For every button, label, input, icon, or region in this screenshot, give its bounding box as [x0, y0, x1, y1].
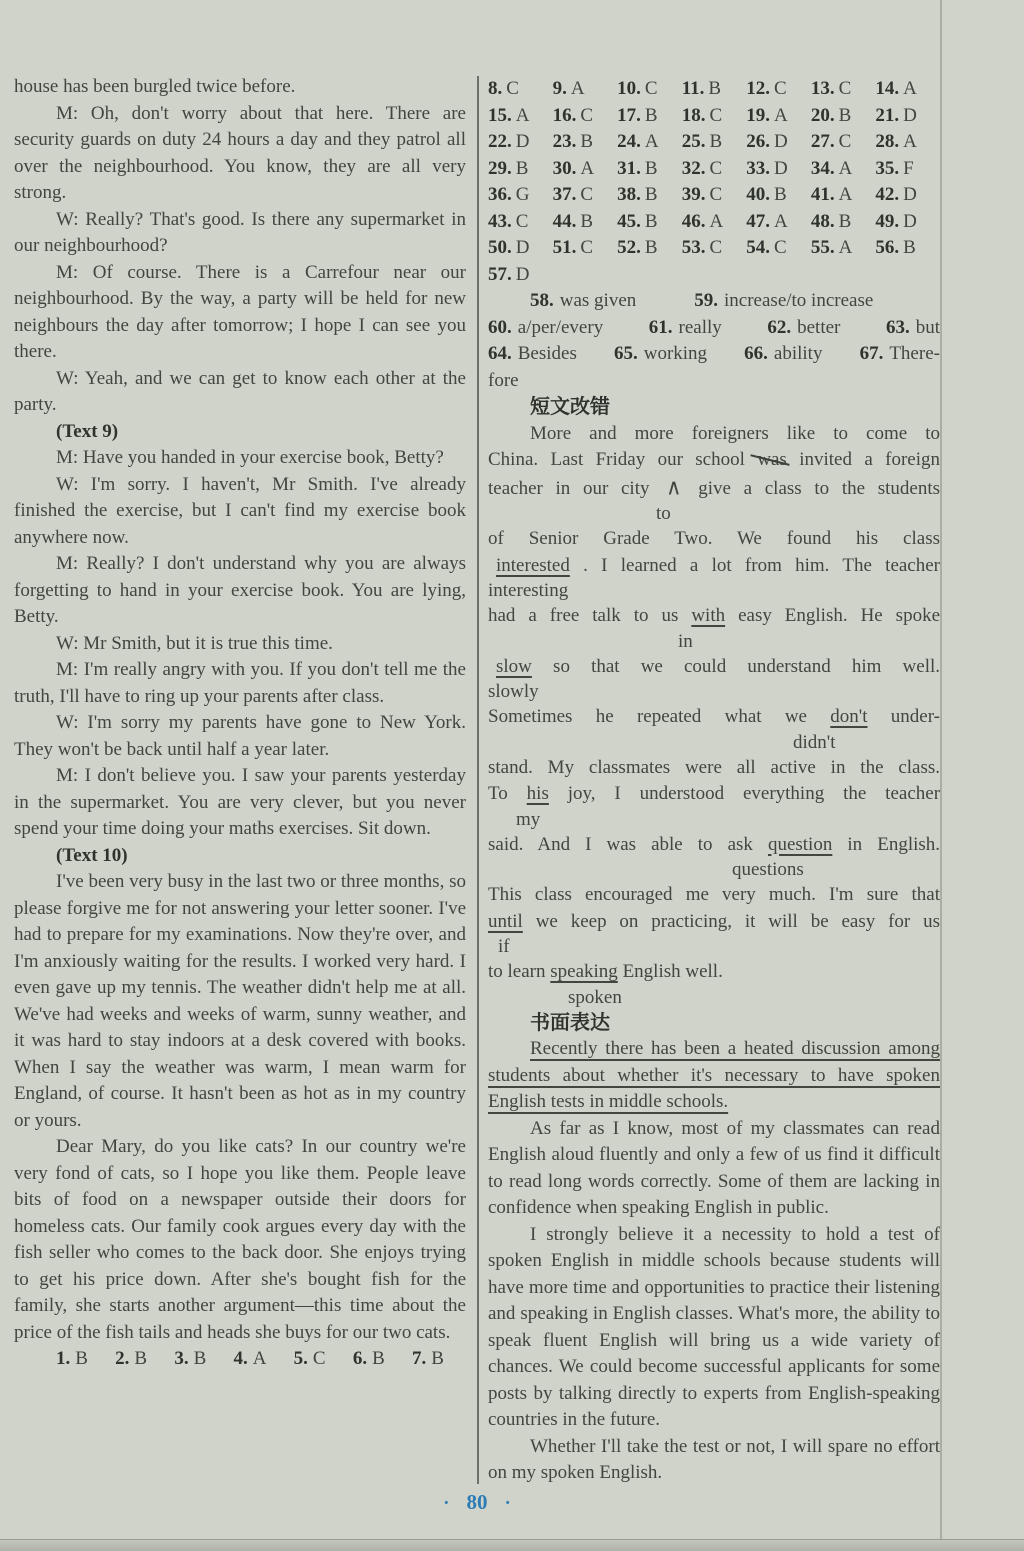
underlined-error-word: interested — [496, 555, 570, 576]
fill-in-answers-row: 58.was given59.increase/to increase — [488, 288, 940, 315]
error-correction-line: teacher in our city ∧ give a class to th… — [488, 474, 940, 503]
answer-cell: 13.C — [811, 76, 876, 103]
underlined-error-word: slow — [496, 656, 532, 677]
error-correction-line: to learn speaking English well. — [488, 959, 940, 986]
answer-cell: 42.D — [875, 182, 940, 209]
underlined-error-word: until — [488, 911, 523, 932]
error-correction-line: This class encouraged me very much. I'm … — [488, 882, 940, 909]
answer-cell: 23.B — [553, 129, 618, 156]
answer-cell: 7.B — [412, 1346, 444, 1373]
dialogue-paragraph: W: Yeah, and we can get to know each oth… — [14, 366, 466, 419]
fill-in-answers-row: 64.Besides65.working66.ability67.There- — [488, 341, 940, 368]
answer-cell: 44.B — [553, 209, 618, 236]
dialogue-paragraph: W: Mr Smith, but it is true this time. — [14, 631, 466, 658]
answer-cell: 15.A — [488, 103, 553, 130]
underlined-error-word: don't — [830, 706, 867, 727]
error-correction-line: of Senior Grade Two. We found his class — [488, 526, 940, 553]
margin-rule — [940, 0, 942, 1551]
error-correction-heading: 短文改错 — [488, 394, 940, 421]
page-number-dot: · — [443, 1493, 449, 1514]
answer-cell: 35.F — [875, 156, 940, 183]
answer-cell: 25.B — [682, 129, 747, 156]
answer-cell: 48.B — [811, 209, 876, 236]
fill-answer-cell: 64.Besides — [488, 341, 577, 368]
writing-heading: 书面表达 — [488, 1010, 940, 1037]
essay-paragraph: As far as I know, most of my classmates … — [488, 1116, 940, 1222]
error-correction-line: slow so that we could understand him wel… — [488, 654, 940, 681]
answer-cell: 49.D — [875, 209, 940, 236]
answer-cell: 18.C — [682, 103, 747, 130]
answer-cell: 32.C — [682, 156, 747, 183]
answer-cell: 5.C — [294, 1346, 326, 1373]
answer-cell: 33.D — [746, 156, 811, 183]
answer-cell: 30.A — [553, 156, 618, 183]
correction-word: interesting — [488, 579, 940, 603]
fill-answer-cell: 62.better — [767, 315, 840, 342]
answer-cell: 41.A — [811, 182, 876, 209]
dialogue-paragraph: M: Really? I don't understand why you ar… — [14, 551, 466, 631]
fill-answer-cell: 67.There- — [860, 341, 940, 368]
answer-cell: 22.D — [488, 129, 553, 156]
answer-cell: 10.C — [617, 76, 682, 103]
correction-word: slowly — [488, 680, 940, 704]
answer-cell: 57.D — [488, 262, 553, 289]
error-correction-line: To his joy, I understood everything the … — [488, 781, 940, 808]
answer-cell: 54.C — [746, 235, 811, 262]
answer-cell: 19.A — [746, 103, 811, 130]
dialogue-paragraph: M: Have you handed in your exercise book… — [14, 445, 466, 472]
answer-cell: 20.B — [811, 103, 876, 130]
answer-cell: 39.C — [682, 182, 747, 209]
error-correction-line: said. And I was able to ask question in … — [488, 832, 940, 859]
answer-cell: 51.C — [553, 235, 618, 262]
underlined-error-word: his — [527, 783, 549, 804]
essay-prompt: Recently there has been a heated discuss… — [488, 1036, 940, 1116]
answer-cell: 56.B — [875, 235, 940, 262]
error-correction-line: stand. My classmates were all active in … — [488, 755, 940, 782]
answer-cell: 34.A — [811, 156, 876, 183]
column-divider — [477, 76, 479, 1484]
page-number-value: 80 — [467, 1490, 488, 1514]
answer-grid: 8.C9.A10.C11.B12.C13.C14.A15.A16.C17.B18… — [488, 76, 940, 288]
answer-cell: 55.A — [811, 235, 876, 262]
monologue-paragraph: Dear Mary, do you like cats? In our coun… — [14, 1134, 466, 1346]
error-correction-line: China. Last Friday our school was invite… — [488, 447, 940, 474]
answer-cell: 47.A — [746, 209, 811, 236]
fill-in-answers-row: 60.a/per/every61.really62.better63.but — [488, 315, 940, 342]
answer-cell: 21.D — [875, 103, 940, 130]
left-column: house has been burgled twice before. M: … — [14, 74, 466, 1373]
error-correction-line: until we keep on practicing, it will be … — [488, 909, 940, 936]
answer-cell: 50.D — [488, 235, 553, 262]
answer-cell: 37.C — [553, 182, 618, 209]
essay-paragraph: I strongly believe it a necessity to hol… — [488, 1222, 940, 1434]
answer-cell: 9.A — [553, 76, 618, 103]
fill-answer-cell: 58.was given — [530, 288, 636, 315]
fill-answer-cell: 60.a/per/every — [488, 315, 603, 342]
answer-cell: 16.C — [553, 103, 618, 130]
dialogue-paragraph: W: I'm sorry. I haven't, Mr Smith. I've … — [14, 472, 466, 552]
essay-paragraph: Whether I'll take the test or not, I wil… — [488, 1434, 940, 1487]
answer-cell: 46.A — [682, 209, 747, 236]
text9-heading: (Text 9) — [14, 419, 466, 446]
answer-cell: 1.B — [56, 1346, 88, 1373]
error-correction-line: More and more foreigners like to come to — [488, 421, 940, 448]
fill-answer-cell: 61.really — [649, 315, 722, 342]
correction-word: spoken — [568, 986, 940, 1010]
answer-cell: 29.B — [488, 156, 553, 183]
fill-answer-cell: 66.ability — [744, 341, 822, 368]
insert-caret: ∧ — [662, 473, 685, 501]
dialogue-paragraph: M: Of course. There is a Carrefour near … — [14, 260, 466, 366]
answer-cell: 52.B — [617, 235, 682, 262]
answer-cell: 12.C — [746, 76, 811, 103]
listening-answers-line: 1.B2.B3.B4.A5.C6.B7.B — [56, 1346, 444, 1373]
page-edge-shadow — [0, 1539, 1024, 1551]
answer-cell: 27.C — [811, 129, 876, 156]
error-correction-line: Sometimes he repeated what we don't unde… — [488, 704, 940, 731]
error-correction-line: had a free talk to us with easy English.… — [488, 603, 940, 630]
dialogue-paragraph: W: Really? That's good. Is there any sup… — [14, 207, 466, 260]
fill-answer-cell: 59.increase/to increase — [694, 288, 873, 315]
fill-answer-cell: 63.but — [886, 315, 940, 342]
correction-word: my — [516, 808, 940, 832]
page-number: ·80· — [14, 1490, 940, 1515]
answer-cell: 38.B — [617, 182, 682, 209]
deleted-word: was — [757, 447, 787, 474]
dialogue-paragraph: M: I'm really angry with you. If you don… — [14, 657, 466, 710]
answer-cell: 11.B — [682, 76, 747, 103]
answer-cell: 24.A — [617, 129, 682, 156]
answer-cell: 40.B — [746, 182, 811, 209]
answer-cell: 6.B — [353, 1346, 385, 1373]
answer-cell: 14.A — [875, 76, 940, 103]
fill-answer-cell: 65.working — [614, 341, 707, 368]
underlined-error-word: with — [691, 605, 725, 626]
right-column: 8.C9.A10.C11.B12.C13.C14.A15.A16.C17.B18… — [488, 76, 940, 1487]
answer-cell: 26.D — [746, 129, 811, 156]
answer-cell: 4.A — [233, 1346, 266, 1373]
fill-answer-continuation: fore — [488, 368, 940, 395]
text10-heading: (Text 10) — [14, 843, 466, 870]
underlined-error-word: question — [768, 834, 832, 855]
correction-word: to — [656, 502, 940, 526]
dialogue-paragraph: M: I don't believe you. I saw your paren… — [14, 763, 466, 843]
page-number-dot: · — [505, 1493, 511, 1514]
error-correction-line: interested . I learned a lot from him. T… — [488, 553, 940, 580]
answer-cell: 53.C — [682, 235, 747, 262]
dialogue-paragraph: M: Oh, don't worry about that here. Ther… — [14, 101, 466, 207]
scanned-answer-page: house has been burgled twice before. M: … — [0, 0, 1024, 1551]
correction-word: didn't — [793, 731, 940, 755]
answer-cell: 45.B — [617, 209, 682, 236]
correction-word: if — [498, 935, 940, 959]
answer-cell: 31.B — [617, 156, 682, 183]
dialogue-paragraph: W: I'm sorry my parents have gone to New… — [14, 710, 466, 763]
answer-cell: 2.B — [115, 1346, 147, 1373]
answer-cell: 17.B — [617, 103, 682, 130]
correction-word: questions — [732, 858, 940, 882]
answer-cell: 3.B — [174, 1346, 206, 1373]
correction-word: in — [678, 630, 940, 654]
answer-cell: 28.A — [875, 129, 940, 156]
dialogue-paragraph: house has been burgled twice before. — [14, 74, 466, 101]
answer-cell: 43.C — [488, 209, 553, 236]
answer-cell: 36.G — [488, 182, 553, 209]
answer-cell: 8.C — [488, 76, 553, 103]
underlined-error-word: speaking — [550, 961, 618, 982]
monologue-paragraph: I've been very busy in the last two or t… — [14, 869, 466, 1134]
